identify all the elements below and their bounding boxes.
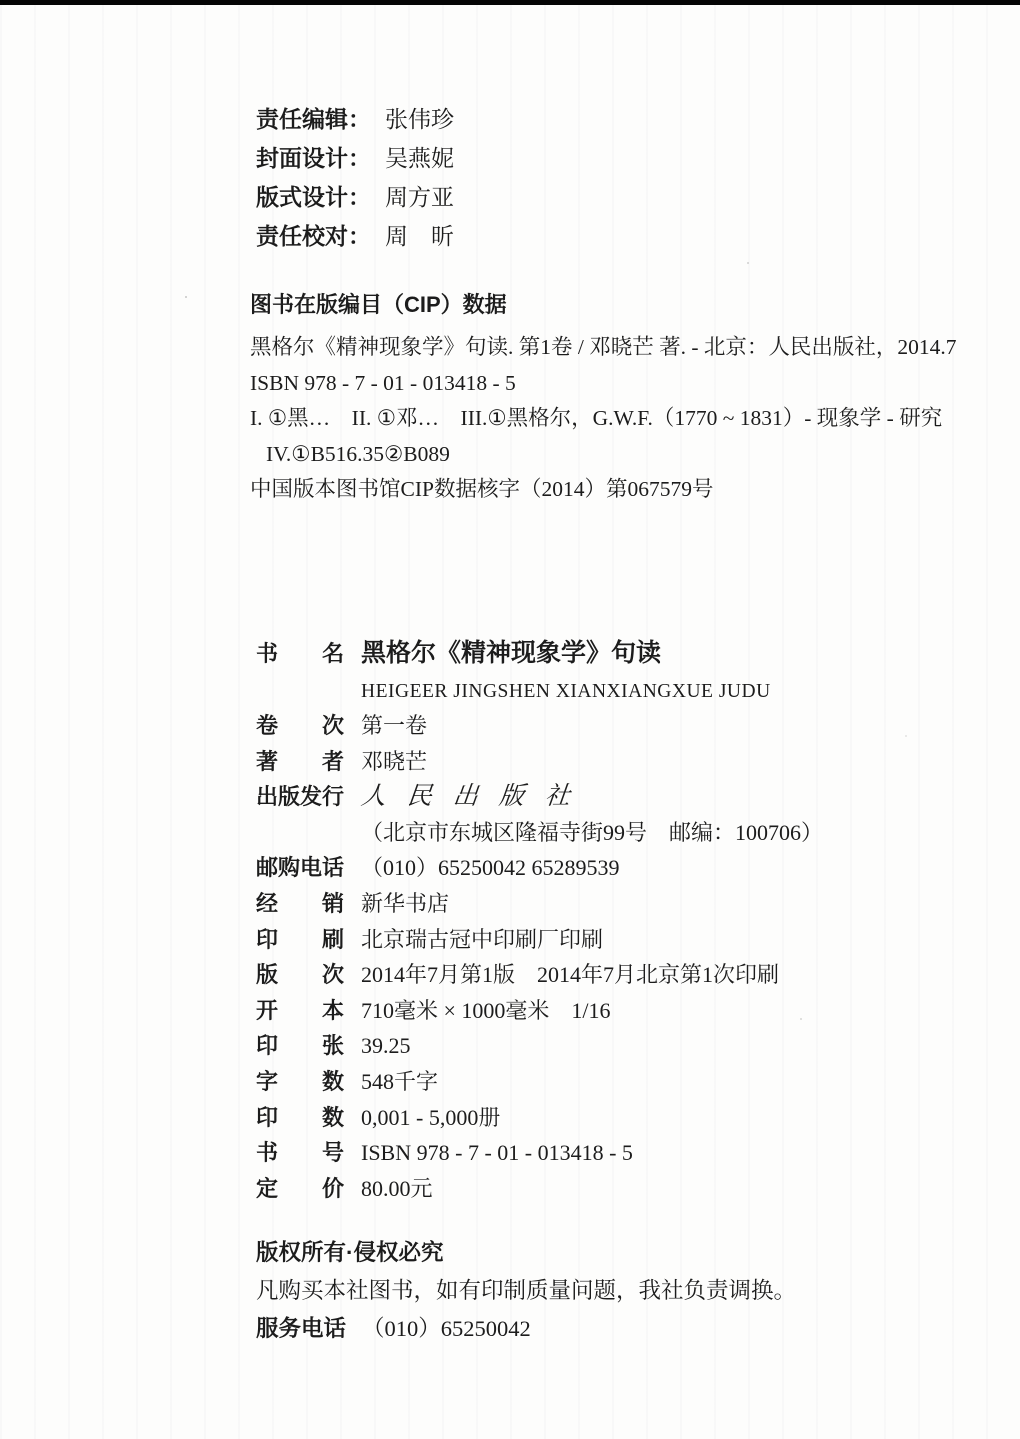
colophon: 书名黑格尔《精神现象学》句读 HEIGEER JINGSHEN XIANXIAN… <box>256 632 823 1206</box>
colophon-row-mail-order-phone: 邮购电话（010）65250042 65289539 <box>256 850 823 886</box>
colophon-row-isbn: 书号ISBN 978 - 7 - 01 - 013418 - 5 <box>256 1135 823 1171</box>
row-value: 0,001 - 5,000册 <box>361 1105 500 1130</box>
row-label: 印刷 <box>256 922 344 958</box>
row-label: 书名 <box>256 633 344 675</box>
staff-name: 周 昕 <box>385 224 454 249</box>
staff-name: 周方亚 <box>385 185 454 210</box>
row-value: 第一卷 <box>361 713 427 738</box>
copyright-footer: 版权所有·侵权必究 凡购买本社图书，如有印制质量问题，我社负责调换。 服务电话（… <box>256 1234 796 1348</box>
row-value: （010）65250042 65289539 <box>361 855 620 880</box>
row-value: ISBN 978 - 7 - 01 - 013418 - 5 <box>361 1140 633 1165</box>
row-label: 开本 <box>256 993 344 1029</box>
colophon-row-price: 定价80.00元 <box>256 1171 823 1207</box>
cip-classification-line: I. ①黑… II. ①邓… III.①黑格尔，G.W.F.（1770 ~ 18… <box>250 401 957 437</box>
cip-heading: 图书在版编目（CIP）数据 <box>250 290 957 320</box>
row-label: 字数 <box>256 1064 344 1100</box>
staff-label: 责任校对： <box>256 223 371 249</box>
row-value: 710毫米 × 1000毫米 1/16 <box>361 998 611 1023</box>
publisher-address: （北京市东城区隆福寺街99号 邮编：100706） <box>256 815 823 851</box>
cip-isbn-line: ISBN 978 - 7 - 01 - 013418 - 5 <box>250 366 957 402</box>
row-label: 印张 <box>256 1028 344 1064</box>
book-title-pinyin: HEIGEER JINGSHEN XIANXIANGXUE JUDU <box>256 675 823 708</box>
colophon-row-book-title: 书名黑格尔《精神现象学》句读 <box>256 632 823 675</box>
cip-bibliographic-line: 黑格尔《精神现象学》句读. 第1卷 / 邓晓芒 著. - 北京：人民出版社，20… <box>250 330 957 366</box>
row-label: 著者 <box>256 744 344 780</box>
row-value: 邓晓芒 <box>361 749 427 774</box>
book-title: 黑格尔《精神现象学》句读 <box>361 639 661 667</box>
staff-label: 版式设计： <box>256 184 371 210</box>
staff-line-layout-design: 版式设计：周方亚 <box>256 178 454 217</box>
row-value: 北京瑞古冠中印刷厂印刷 <box>361 927 603 952</box>
row-label: 印数 <box>256 1100 344 1136</box>
row-label: 定价 <box>256 1171 344 1207</box>
colophon-row-format: 开本710毫米 × 1000毫米 1/16 <box>256 993 823 1029</box>
colophon-row-printed-sheets: 印张39.25 <box>256 1028 823 1064</box>
scan-speck <box>0 0 2 2</box>
service-phone-number: （010）65250042 <box>362 1316 531 1341</box>
cip-block: 图书在版编目（CIP）数据 黑格尔《精神现象学》句读. 第1卷 / 邓晓芒 著.… <box>250 290 957 508</box>
row-label: 邮购电话 <box>256 850 344 886</box>
colophon-row-distributor: 经销新华书店 <box>256 886 823 922</box>
service-phone-line: 服务电话（010）65250042 <box>256 1310 796 1348</box>
staff-name: 吴燕妮 <box>385 146 454 171</box>
row-label: 卷次 <box>256 708 344 744</box>
copyright-page: 责任编辑：张伟珍 封面设计：吴燕妮 版式设计：周方亚 责任校对：周 昕 图书在版… <box>0 0 1020 1439</box>
staff-credits: 责任编辑：张伟珍 封面设计：吴燕妮 版式设计：周方亚 责任校对：周 昕 <box>256 100 454 256</box>
colophon-row-publisher: 出版发行人民出版社 <box>256 779 823 815</box>
row-label: 书号 <box>256 1135 344 1171</box>
row-label: 出版发行 <box>256 779 344 815</box>
row-label: 经销 <box>256 886 344 922</box>
colophon-row-author: 著者邓晓芒 <box>256 744 823 780</box>
service-phone-label: 服务电话 <box>256 1316 346 1341</box>
row-value: 新华书店 <box>361 891 449 916</box>
copyright-notice: 版权所有·侵权必究 <box>256 1234 796 1272</box>
cip-class-number-line: IV.①B516.35②B089 <box>250 437 957 473</box>
publisher-script-logo: 人民出版社 <box>359 779 593 815</box>
colophon-row-printer: 印刷北京瑞古冠中印刷厂印刷 <box>256 922 823 958</box>
row-value: 548千字 <box>361 1069 438 1094</box>
staff-line-cover-design: 封面设计：吴燕妮 <box>256 139 454 178</box>
staff-label: 责任编辑： <box>256 106 371 132</box>
staff-line-proofreader: 责任校对：周 昕 <box>256 217 454 256</box>
row-label: 版次 <box>256 957 344 993</box>
row-value: 39.25 <box>361 1033 411 1058</box>
colophon-row-volume: 卷次第一卷 <box>256 708 823 744</box>
staff-label: 封面设计： <box>256 145 371 171</box>
row-value: 80.00元 <box>361 1176 433 1201</box>
staff-name: 张伟珍 <box>385 107 454 132</box>
scan-top-edge <box>0 0 1020 5</box>
row-value: 2014年7月第1版 2014年7月北京第1次印刷 <box>361 962 779 987</box>
colophon-row-word-count: 字数548千字 <box>256 1064 823 1100</box>
colophon-row-edition: 版次2014年7月第1版 2014年7月北京第1次印刷 <box>256 957 823 993</box>
cip-record-number-line: 中国版本图书馆CIP数据核字（2014）第067579号 <box>250 472 957 508</box>
colophon-row-print-run: 印数0,001 - 5,000册 <box>256 1100 823 1136</box>
staff-line-editor: 责任编辑：张伟珍 <box>256 100 454 139</box>
exchange-policy-line: 凡购买本社图书，如有印制质量问题，我社负责调换。 <box>256 1272 796 1310</box>
